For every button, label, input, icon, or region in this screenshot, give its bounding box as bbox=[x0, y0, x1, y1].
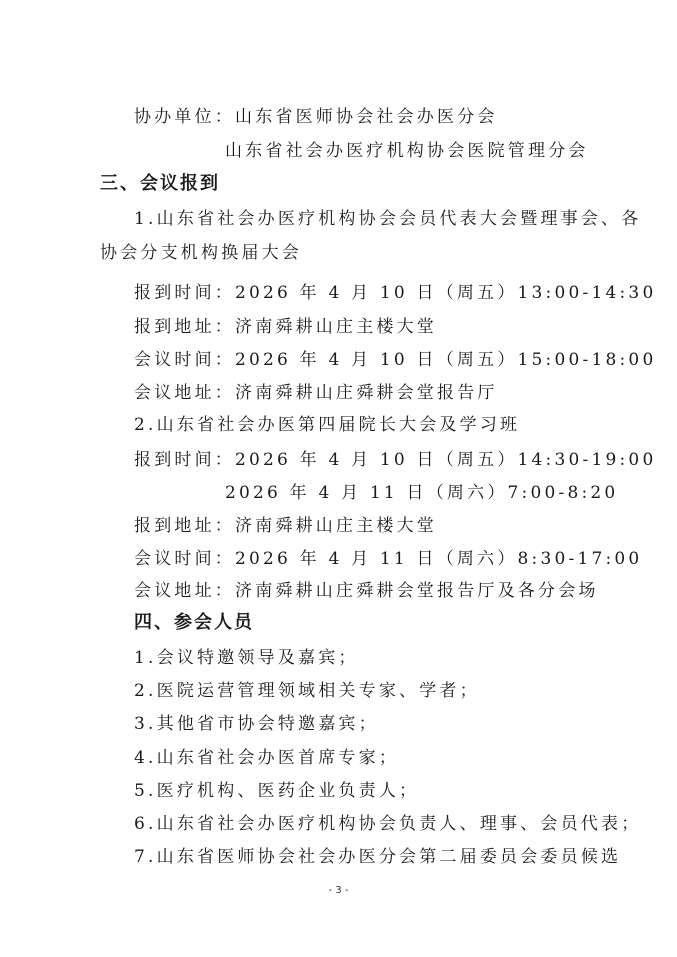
meeting-1-meeting-place: 会议地址：济南舜耕山庄舜耕会堂报告厅 bbox=[134, 382, 498, 404]
meeting-2-checkin-time-2: 2026 年 4 月 11 日（周六）7:00-8:20 bbox=[225, 482, 618, 504]
meeting-1-checkin-place: 报到地址：济南舜耕山庄主楼大堂 bbox=[134, 316, 437, 338]
attendee-item: 5.医疗机构、医药企业负责人； bbox=[134, 780, 419, 802]
co-organizers-label: 协办单位： bbox=[134, 107, 235, 127]
checkin-place-label: 报到地址： bbox=[134, 317, 235, 337]
section-4-heading: 四、参会人员 bbox=[134, 612, 254, 634]
attendee-item: 1.会议特邀领导及嘉宾； bbox=[134, 647, 359, 669]
checkin-time-label: 报到时间： bbox=[134, 450, 235, 470]
meeting-1-checkin-time: 报到时间：2026 年 4 月 10 日（周五）13:00-14:30 bbox=[134, 282, 656, 304]
meeting-time-value: 2026 年 4 月 11 日（周六）8:30-17:00 bbox=[235, 549, 642, 569]
meeting-2-meeting-time: 会议时间：2026 年 4 月 11 日（周六）8:30-17:00 bbox=[134, 548, 642, 570]
checkin-time-label: 报到时间： bbox=[134, 283, 235, 303]
attendee-item: 7.山东省医师协会社会办医分会第二届委员会委员候选 bbox=[134, 846, 621, 868]
meeting-2-meeting-place: 会议地址：济南舜耕山庄舜耕会堂报告厅及各分会场 bbox=[134, 580, 599, 602]
section-3-heading: 三、会议报到 bbox=[100, 173, 220, 195]
meeting-1-title-line-1: 1.山东省社会办医疗机构协会会员代表大会暨理事会、各 bbox=[134, 208, 641, 230]
meeting-place-label: 会议地址： bbox=[134, 383, 235, 403]
meeting-place-value: 济南舜耕山庄舜耕会堂报告厅 bbox=[235, 383, 498, 403]
attendee-item: 4.山东省社会办医首席专家； bbox=[134, 747, 399, 769]
meeting-1-title-line-2: 协会分支机构换届大会 bbox=[100, 242, 302, 264]
meeting-1-meeting-time: 会议时间：2026 年 4 月 10 日（周五）15:00-18:00 bbox=[134, 349, 656, 371]
meeting-2-checkin-place: 报到地址：济南舜耕山庄主楼大堂 bbox=[134, 515, 437, 537]
checkin-place-value: 济南舜耕山庄主楼大堂 bbox=[235, 317, 437, 337]
meeting-time-label: 会议时间： bbox=[134, 350, 235, 370]
checkin-time-value-2: 2026 年 4 月 11 日（周六）7:00-8:20 bbox=[225, 483, 618, 503]
page-number: - 3 - bbox=[0, 885, 677, 896]
attendee-item: 6.山东省社会办医疗机构协会负责人、理事、会员代表； bbox=[134, 813, 641, 835]
attendee-item: 3.其他省市协会特邀嘉宾； bbox=[134, 713, 379, 735]
attendee-item: 2.医院运营管理领域相关专家、学者； bbox=[134, 680, 480, 702]
meeting-time-value: 2026 年 4 月 10 日（周五）15:00-18:00 bbox=[235, 350, 656, 370]
meeting-place-value: 济南舜耕山庄舜耕会堂报告厅及各分会场 bbox=[235, 581, 599, 601]
co-organizers-line-2: 山东省社会办医疗机构协会医院管理分会 bbox=[225, 140, 589, 162]
document-page: 协办单位：山东省医师协会社会办医分会 山东省社会办医疗机构协会医院管理分会 三、… bbox=[0, 0, 677, 957]
checkin-time-value: 2026 年 4 月 10 日（周五）13:00-14:30 bbox=[235, 283, 656, 303]
co-organizer-2: 山东省社会办医疗机构协会医院管理分会 bbox=[225, 141, 589, 161]
meeting-2-title: 2.山东省社会办医第四届院长大会及学习班 bbox=[134, 414, 520, 436]
checkin-place-label: 报到地址： bbox=[134, 516, 235, 536]
meeting-time-label: 会议时间： bbox=[134, 549, 235, 569]
co-organizer-1: 山东省医师协会社会办医分会 bbox=[235, 107, 498, 127]
co-organizers-line-1: 协办单位：山东省医师协会社会办医分会 bbox=[134, 106, 498, 128]
checkin-place-value: 济南舜耕山庄主楼大堂 bbox=[235, 516, 437, 536]
checkin-time-value-1: 2026 年 4 月 10 日（周五）14:30-19:00 bbox=[235, 450, 656, 470]
meeting-place-label: 会议地址： bbox=[134, 581, 235, 601]
meeting-2-checkin-time: 报到时间：2026 年 4 月 10 日（周五）14:30-19:00 bbox=[134, 449, 656, 471]
